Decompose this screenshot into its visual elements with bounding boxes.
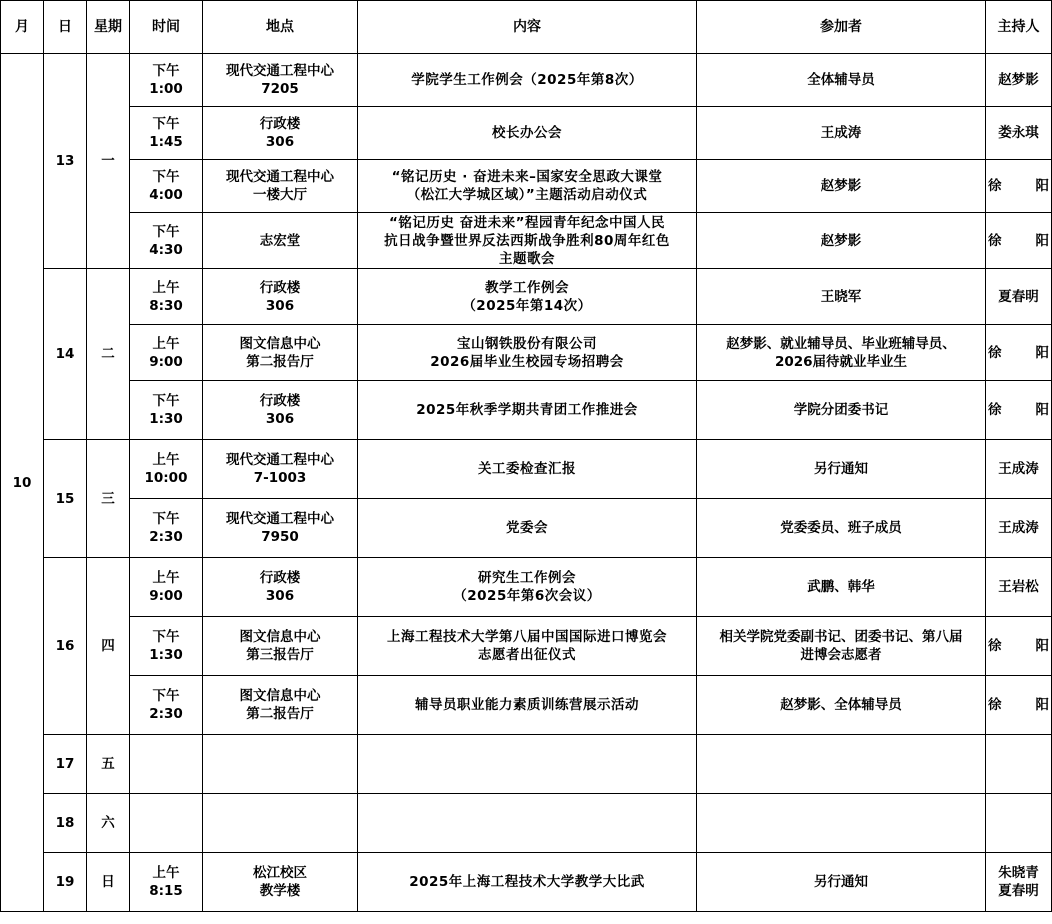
content-cell: “铭记历史 · 奋进未来–国家安全思政大课堂 （松江大学城区域）”主题活动启动仪… [358,160,697,213]
participants-cell: 武鹏、韩华 [697,558,986,617]
location-cell: 行政楼 306 [203,269,358,325]
header-day: 日 [44,1,87,54]
header-location: 地点 [203,1,358,54]
weekday-cell: 二 [87,269,130,440]
day-cell: 16 [44,558,87,735]
participants-cell: 赵梦影 [697,160,986,213]
time-cell: 下午 1:30 [130,617,203,676]
table-row: 16 四 上午 9:00 行政楼 306 研究生工作例会 （2025年第6次会议… [1,558,1052,617]
content-cell: 学院学生工作例会（2025年第8次） [358,54,697,107]
location-cell: 现代交通工程中心 一楼大厅 [203,160,358,213]
time-cell: 上午 8:15 [130,853,203,912]
header-time: 时间 [130,1,203,54]
content-cell: 上海工程技术大学第八届中国国际进口博览会 志愿者出征仪式 [358,617,697,676]
time-cell: 下午 2:30 [130,499,203,558]
location-cell [203,735,358,794]
time-cell: 下午 4:30 [130,213,203,269]
table-row: 10 13 一 下午 1:00 现代交通工程中心 7205 学院学生工作例会（2… [1,54,1052,107]
participants-cell: 党委委员、班子成员 [697,499,986,558]
weekday-cell: 四 [87,558,130,735]
table-row: 上午 9:00 图文信息中心 第二报告厅 宝山钢铁股份有限公司 2026届毕业生… [1,325,1052,381]
table-row: 18 六 [1,794,1052,853]
location-cell: 行政楼 306 [203,381,358,440]
host-cell [986,735,1052,794]
header-row: 月 日 星期 时间 地点 内容 参加者 主持人 [1,1,1052,54]
host-cell: 王岩松 [986,558,1052,617]
location-cell: 现代交通工程中心 7950 [203,499,358,558]
content-cell: 辅导员职业能力素质训练营展示活动 [358,676,697,735]
header-month: 月 [1,1,44,54]
participants-cell: 相关学院党委副书记、团委书记、第八届 进博会志愿者 [697,617,986,676]
table-row: 下午 4:00 现代交通工程中心 一楼大厅 “铭记历史 · 奋进未来–国家安全思… [1,160,1052,213]
header-participants: 参加者 [697,1,986,54]
time-cell: 上午 10:00 [130,440,203,499]
table-row: 19 日 上午 8:15 松江校区 教学楼 2025年上海工程技术大学教学大比武… [1,853,1052,912]
weekday-cell: 五 [87,735,130,794]
day-cell: 15 [44,440,87,558]
table-row: 下午 4:30 志宏堂 “铭记历史 奋进未来”程园青年纪念中国人民 抗日战争暨世… [1,213,1052,269]
participants-cell: 赵梦影 [697,213,986,269]
content-cell: “铭记历史 奋进未来”程园青年纪念中国人民 抗日战争暨世界反法西斯战争胜利80周… [358,213,697,269]
host-cell: 徐阳 [986,381,1052,440]
weekday-cell: 六 [87,794,130,853]
time-cell: 下午 1:45 [130,107,203,160]
schedule-table: 月 日 星期 时间 地点 内容 参加者 主持人 10 13 一 下午 1:00 … [0,0,1052,912]
header-weekday: 星期 [87,1,130,54]
participants-cell: 另行通知 [697,853,986,912]
content-cell: 教学工作例会 （2025年第14次） [358,269,697,325]
participants-cell [697,735,986,794]
location-cell: 现代交通工程中心 7-1003 [203,440,358,499]
time-cell [130,735,203,794]
content-cell: 校长办公会 [358,107,697,160]
content-cell: 2025年上海工程技术大学教学大比武 [358,853,697,912]
table-row: 下午 1:30 行政楼 306 2025年秋季学期共青团工作推进会 学院分团委书… [1,381,1052,440]
table-row: 下午 2:30 现代交通工程中心 7950 党委会 党委委员、班子成员 王成涛 [1,499,1052,558]
location-cell: 行政楼 306 [203,558,358,617]
location-cell: 图文信息中心 第二报告厅 [203,325,358,381]
content-cell: 宝山钢铁股份有限公司 2026届毕业生校园专场招聘会 [358,325,697,381]
participants-cell: 赵梦影、就业辅导员、毕业班辅导员、 2026届待就业毕业生 [697,325,986,381]
participants-cell: 王成涛 [697,107,986,160]
time-cell: 上午 9:00 [130,325,203,381]
weekday-cell: 三 [87,440,130,558]
header-content: 内容 [358,1,697,54]
host-cell: 徐阳 [986,676,1052,735]
time-cell: 下午 1:30 [130,381,203,440]
location-cell: 图文信息中心 第二报告厅 [203,676,358,735]
table-row: 下午 1:30 图文信息中心 第三报告厅 上海工程技术大学第八届中国国际进口博览… [1,617,1052,676]
day-cell: 13 [44,54,87,269]
location-cell [203,794,358,853]
table-row: 17 五 [1,735,1052,794]
location-cell: 志宏堂 [203,213,358,269]
day-cell: 17 [44,735,87,794]
time-cell: 上午 9:00 [130,558,203,617]
content-cell [358,794,697,853]
content-cell: 党委会 [358,499,697,558]
host-cell: 徐阳 [986,213,1052,269]
participants-cell: 赵梦影、全体辅导员 [697,676,986,735]
table-row: 下午 2:30 图文信息中心 第二报告厅 辅导员职业能力素质训练营展示活动 赵梦… [1,676,1052,735]
day-cell: 19 [44,853,87,912]
table-row: 14 二 上午 8:30 行政楼 306 教学工作例会 （2025年第14次） … [1,269,1052,325]
time-cell: 上午 8:30 [130,269,203,325]
host-cell: 徐阳 [986,160,1052,213]
time-cell: 下午 1:00 [130,54,203,107]
content-cell: 研究生工作例会 （2025年第6次会议） [358,558,697,617]
header-host: 主持人 [986,1,1052,54]
host-cell [986,794,1052,853]
host-cell: 王成涛 [986,440,1052,499]
day-cell: 14 [44,269,87,440]
host-cell: 王成涛 [986,499,1052,558]
time-cell [130,794,203,853]
participants-cell: 全体辅导员 [697,54,986,107]
host-cell: 朱晓青 夏春明 [986,853,1052,912]
time-cell: 下午 2:30 [130,676,203,735]
day-cell: 18 [44,794,87,853]
host-cell: 赵梦影 [986,54,1052,107]
weekday-cell: 一 [87,54,130,269]
time-cell: 下午 4:00 [130,160,203,213]
location-cell: 图文信息中心 第三报告厅 [203,617,358,676]
table-row: 15 三 上午 10:00 现代交通工程中心 7-1003 关工委检查汇报 另行… [1,440,1052,499]
location-cell: 现代交通工程中心 7205 [203,54,358,107]
table-row: 下午 1:45 行政楼 306 校长办公会 王成涛 娄永琪 [1,107,1052,160]
participants-cell: 王晓军 [697,269,986,325]
content-cell [358,735,697,794]
content-cell: 关工委检查汇报 [358,440,697,499]
month-cell: 10 [1,54,44,912]
host-cell: 娄永琪 [986,107,1052,160]
weekday-cell: 日 [87,853,130,912]
host-cell: 徐阳 [986,325,1052,381]
location-cell: 松江校区 教学楼 [203,853,358,912]
host-cell: 徐阳 [986,617,1052,676]
location-cell: 行政楼 306 [203,107,358,160]
content-cell: 2025年秋季学期共青团工作推进会 [358,381,697,440]
participants-cell: 学院分团委书记 [697,381,986,440]
host-cell: 夏春明 [986,269,1052,325]
participants-cell: 另行通知 [697,440,986,499]
participants-cell [697,794,986,853]
